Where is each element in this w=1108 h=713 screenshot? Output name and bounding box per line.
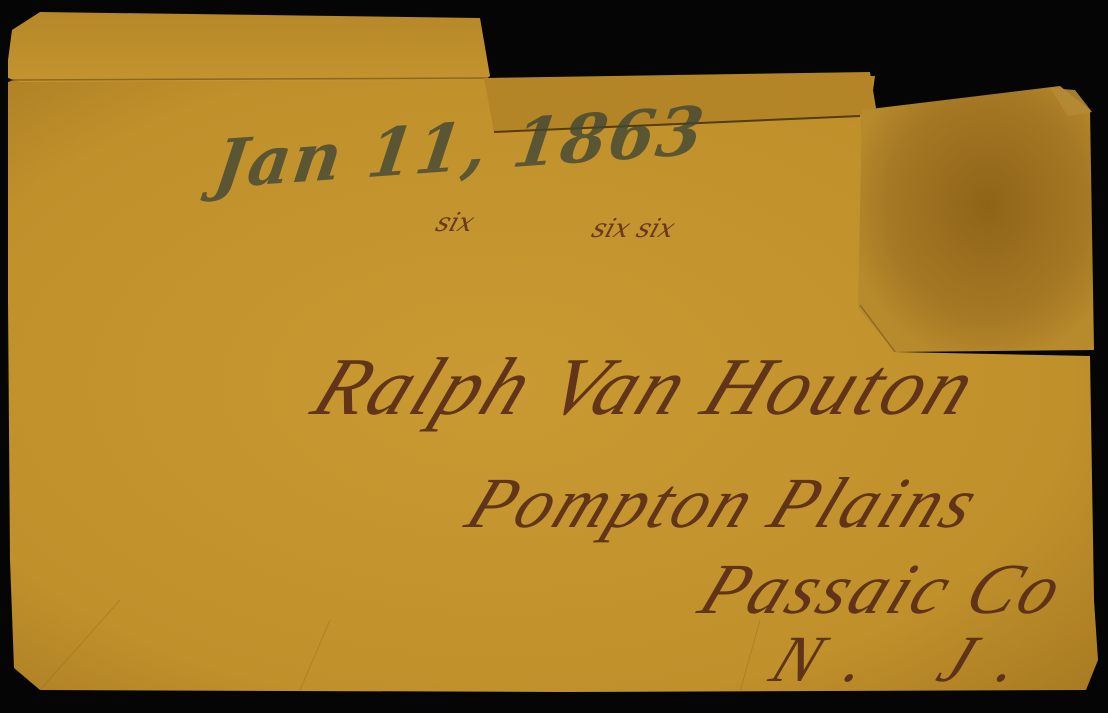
ink-notation-2: six six (588, 214, 679, 244)
address-county: Passaic Co (688, 548, 1078, 631)
address-state: N. J. (760, 622, 1064, 698)
addressee-name: Ralph Van Houton (300, 340, 992, 434)
address-town: Pompton Plains (455, 462, 993, 545)
envelope-photo: Jan 11, 1863 six six six Ralph Van Houto… (0, 0, 1108, 713)
